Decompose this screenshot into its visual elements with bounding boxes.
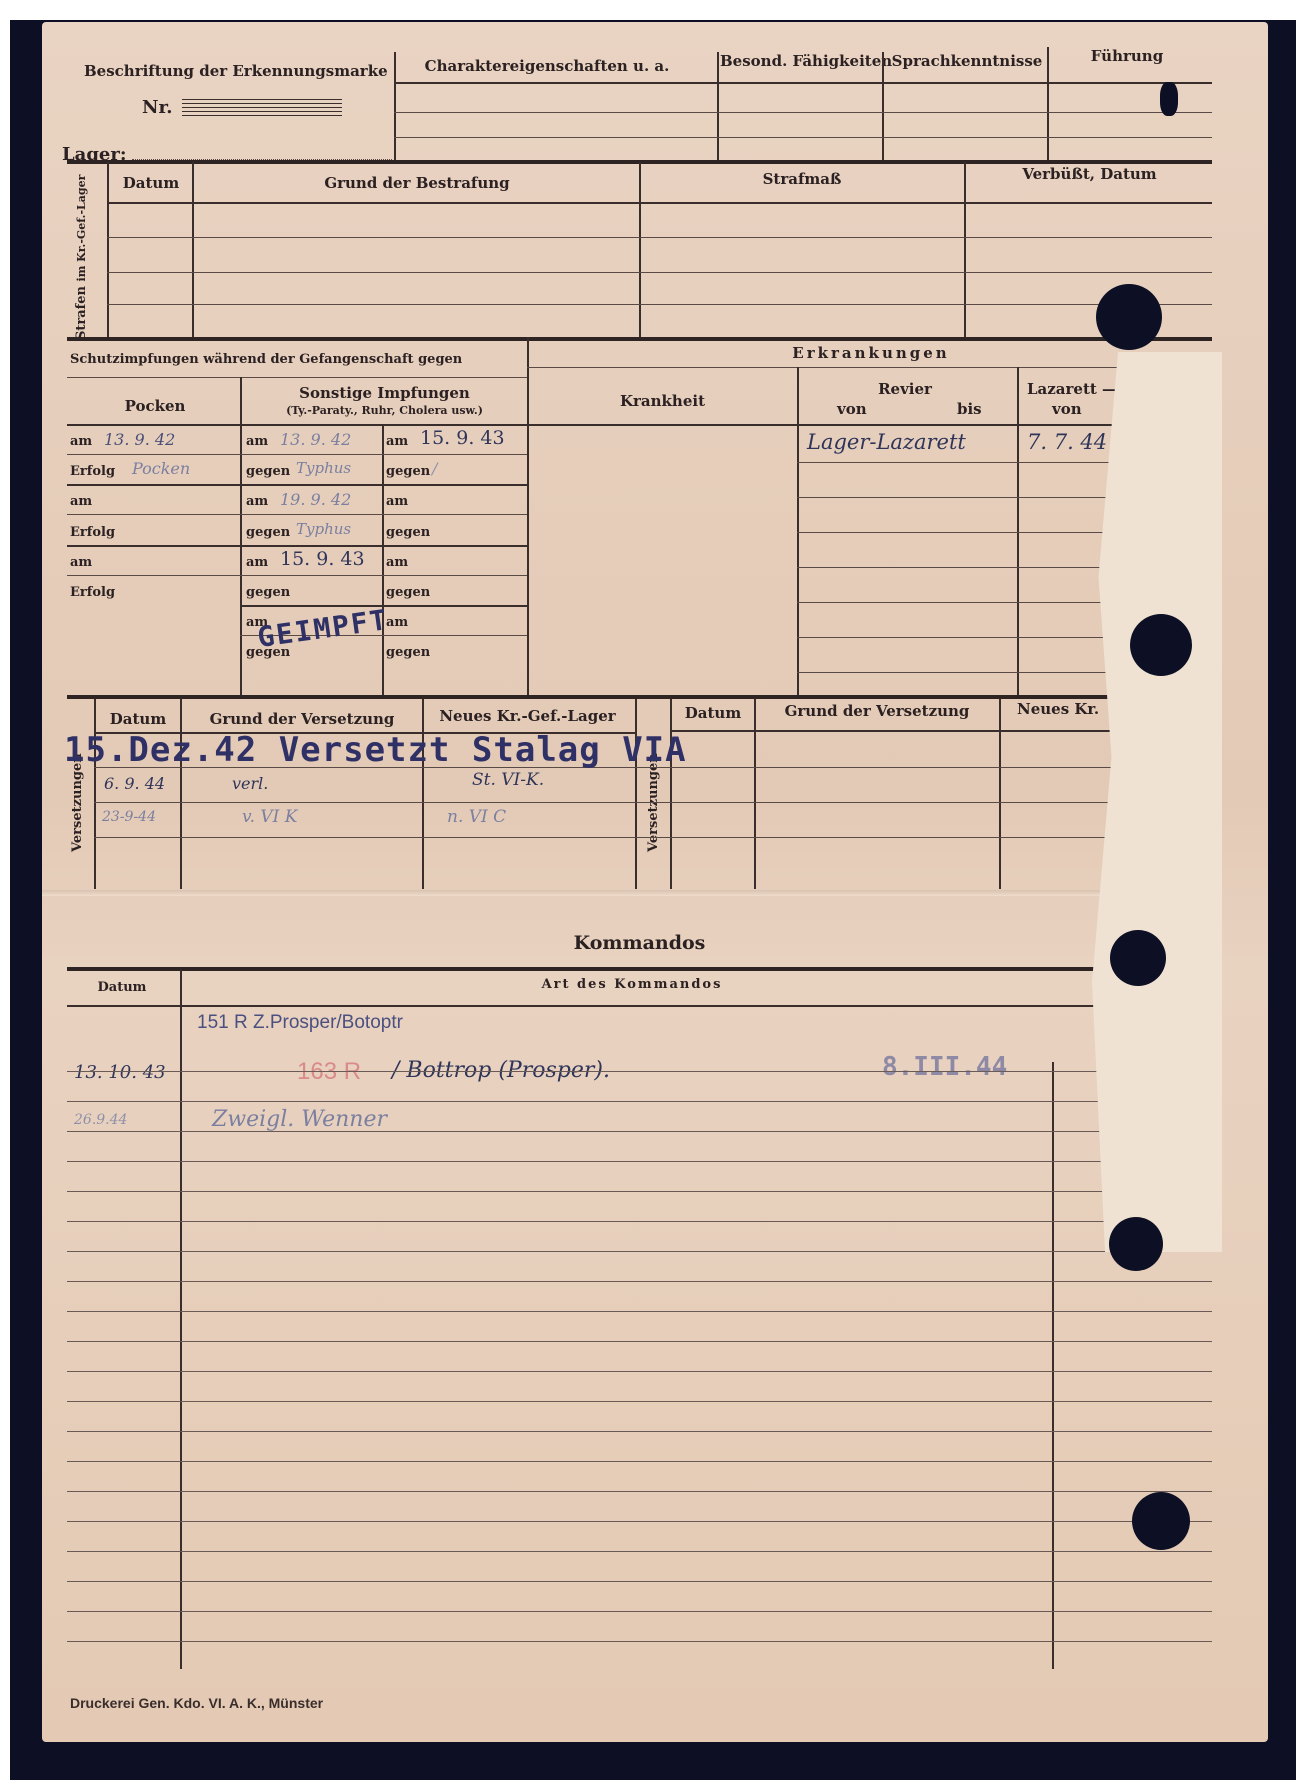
- pen-col-verbuesst: Verbüßt, Datum: [967, 165, 1212, 183]
- transfer-1-camp: St. VI-K.: [472, 770, 544, 790]
- pocken-am-1: am: [70, 434, 92, 449]
- tr-right-col-grund: Grund der Versetzung: [757, 702, 997, 720]
- nr-redacted-lines: [182, 99, 342, 119]
- divider: [422, 699, 424, 889]
- rule: [240, 575, 527, 576]
- transfer-1-date: 6. 9. 44: [104, 774, 165, 793]
- pocken-am-3: am: [70, 555, 92, 570]
- rule: [67, 575, 240, 576]
- punch-hole: [1110, 930, 1166, 986]
- penalties-side-label: Strafen im Kr.-Gef.-Lager: [74, 175, 89, 340]
- label: am: [386, 494, 408, 509]
- other-date-1: 13. 9. 42: [280, 430, 351, 449]
- vacc-other-subheader: (Ty.-Paraty., Ruhr, Cholera usw.): [242, 404, 527, 417]
- divider: [639, 162, 641, 337]
- divider: [192, 162, 194, 337]
- punch-hole: [1132, 1492, 1190, 1550]
- transfer-1-reason: verl.: [232, 774, 268, 793]
- punch-hole-small: [1160, 82, 1178, 116]
- tr-col-datum: Datum: [97, 710, 179, 728]
- divider: [394, 52, 396, 162]
- rule: [240, 454, 527, 455]
- divider: [964, 162, 966, 337]
- label: gegen: [246, 585, 290, 600]
- illness-lazarett-entry: 7. 7. 44 -: [1027, 430, 1121, 454]
- other-type-2: Typhus: [296, 520, 351, 538]
- rule: [240, 514, 527, 515]
- lazarett-von: von: [1052, 400, 1082, 418]
- kommando-stamp-line: 151 R Z.Prosper/Botoptr: [197, 1012, 403, 1034]
- illness-col-krankheit: Krankheit: [530, 392, 795, 410]
- revier-bis: bis: [957, 400, 982, 418]
- illness-col-revier: Revier: [800, 380, 1010, 398]
- vacc-other-header: Sonstige Impfungen: [242, 384, 527, 402]
- rule: [240, 484, 527, 486]
- pen-col-strafmass: Strafmaß: [642, 170, 962, 188]
- pocken-erfolg-1: Erfolg: [70, 464, 115, 479]
- geimpft-stamp: GEIMPFT: [255, 603, 390, 654]
- label: am: [246, 434, 268, 449]
- punch-hole: [1096, 284, 1162, 350]
- rule: [394, 137, 1212, 138]
- rule: [240, 545, 527, 547]
- rule: [67, 424, 527, 426]
- label: am: [386, 434, 408, 449]
- transfer-2-date: 23-9-44: [102, 809, 156, 825]
- rule: [107, 272, 1212, 273]
- punch-hole: [1130, 614, 1192, 676]
- punch-hole: [1109, 1217, 1163, 1271]
- divider: [94, 699, 96, 889]
- col-fuehrung: Führung: [1052, 47, 1202, 65]
- pocken-date-1: 13. 9. 42: [104, 430, 175, 449]
- vacc-pocken-header: Pocken: [70, 397, 240, 415]
- divider: [527, 337, 529, 697]
- divider: [882, 52, 884, 162]
- divider: [107, 162, 109, 337]
- other-date-3: 15. 9. 43: [280, 548, 365, 570]
- pocken-result-1: Pocken: [132, 459, 190, 478]
- vacc-title: Schutzimpfungen während der Gefangenscha…: [70, 352, 462, 367]
- divider: [754, 699, 756, 889]
- label: am: [246, 555, 268, 570]
- rule: [67, 337, 1212, 341]
- rule: [527, 367, 1212, 368]
- rule: [67, 1005, 1212, 1007]
- versetzt-stamp: 15.Dez.42 Versetzt Stalag VIA: [64, 730, 687, 770]
- rule: [94, 802, 1210, 803]
- label: gegen: [246, 464, 290, 479]
- divider: [1047, 47, 1049, 162]
- other-right-date-1: 15. 9. 43: [420, 427, 505, 449]
- divider: [717, 52, 719, 162]
- revier-von: von: [837, 400, 867, 418]
- pocken-erfolg-3: Erfolg: [70, 585, 115, 600]
- illness-title: Erkrankungen: [530, 344, 1212, 362]
- other-date-2: 19. 9. 42: [280, 490, 351, 509]
- pocken-erfolg-2: Erfolg: [70, 525, 115, 540]
- divider: [635, 699, 637, 889]
- other-right-type-1: /: [432, 459, 437, 478]
- kom-col-art: Art des Kommandos: [182, 977, 1082, 992]
- label: gegen: [386, 585, 430, 600]
- rule: [107, 304, 1212, 305]
- kommandos-title: Kommandos: [67, 932, 1212, 954]
- tr-right-col-datum: Datum: [672, 704, 754, 722]
- torn-paper-strip: [1092, 352, 1222, 1252]
- col-faehigkeiten: Besond. Fähigkeiten: [720, 52, 880, 70]
- nr-label: Nr.: [142, 97, 173, 118]
- rule: [67, 484, 240, 486]
- rule: [67, 454, 240, 455]
- rule: [107, 202, 1212, 204]
- rule: [94, 837, 1210, 838]
- other-type-1: Typhus: [296, 459, 351, 477]
- divider: [670, 699, 672, 889]
- fold-crease: [42, 890, 1222, 896]
- rule: [527, 424, 1212, 426]
- col-charakter: Charaktereigenschaften u. a.: [402, 57, 692, 75]
- transfer-2-camp: n. VI C: [447, 807, 506, 827]
- label: gegen: [386, 645, 430, 660]
- illness-revier-entry: Lager-Lazarett: [807, 430, 966, 454]
- tag-label: Beschriftung der Erkennungsmarke: [84, 62, 388, 80]
- kommandos-ruled-lines: [67, 1042, 1212, 1667]
- rule: [67, 514, 240, 515]
- col-sprachkenntnisse: Sprachkenntnisse: [887, 52, 1047, 70]
- rule: [67, 967, 1212, 971]
- divider: [999, 699, 1001, 889]
- tr-col-grund: Grund der Versetzung: [182, 710, 422, 728]
- label: am: [386, 555, 408, 570]
- printer-imprint: Druckerei Gen. Kdo. VI. A. K., Münster: [70, 1695, 323, 1711]
- rule: [67, 545, 240, 547]
- rule: [107, 237, 1212, 238]
- divider: [382, 424, 384, 697]
- transfer-2-reason: v. VI K: [242, 807, 298, 827]
- rule: [394, 112, 1212, 113]
- tr-right-col-lager: Neues Kr.: [1017, 700, 1099, 718]
- pen-col-grund: Grund der Bestrafung: [197, 174, 637, 192]
- kom-col-datum: Datum: [67, 980, 177, 995]
- label: gegen: [386, 464, 430, 479]
- label: gegen: [386, 525, 430, 540]
- rule: [394, 82, 1212, 84]
- rule: [67, 377, 527, 378]
- tr-col-lager: Neues Kr.-Gef.-Lager: [425, 707, 630, 725]
- pow-record-card: Beschriftung der Erkennungsmarke Nr. Lag…: [42, 22, 1268, 1742]
- rule: [67, 695, 1212, 699]
- pocken-am-2: am: [70, 494, 92, 509]
- label: am: [246, 494, 268, 509]
- label: gegen: [246, 525, 290, 540]
- pen-col-datum: Datum: [110, 174, 192, 192]
